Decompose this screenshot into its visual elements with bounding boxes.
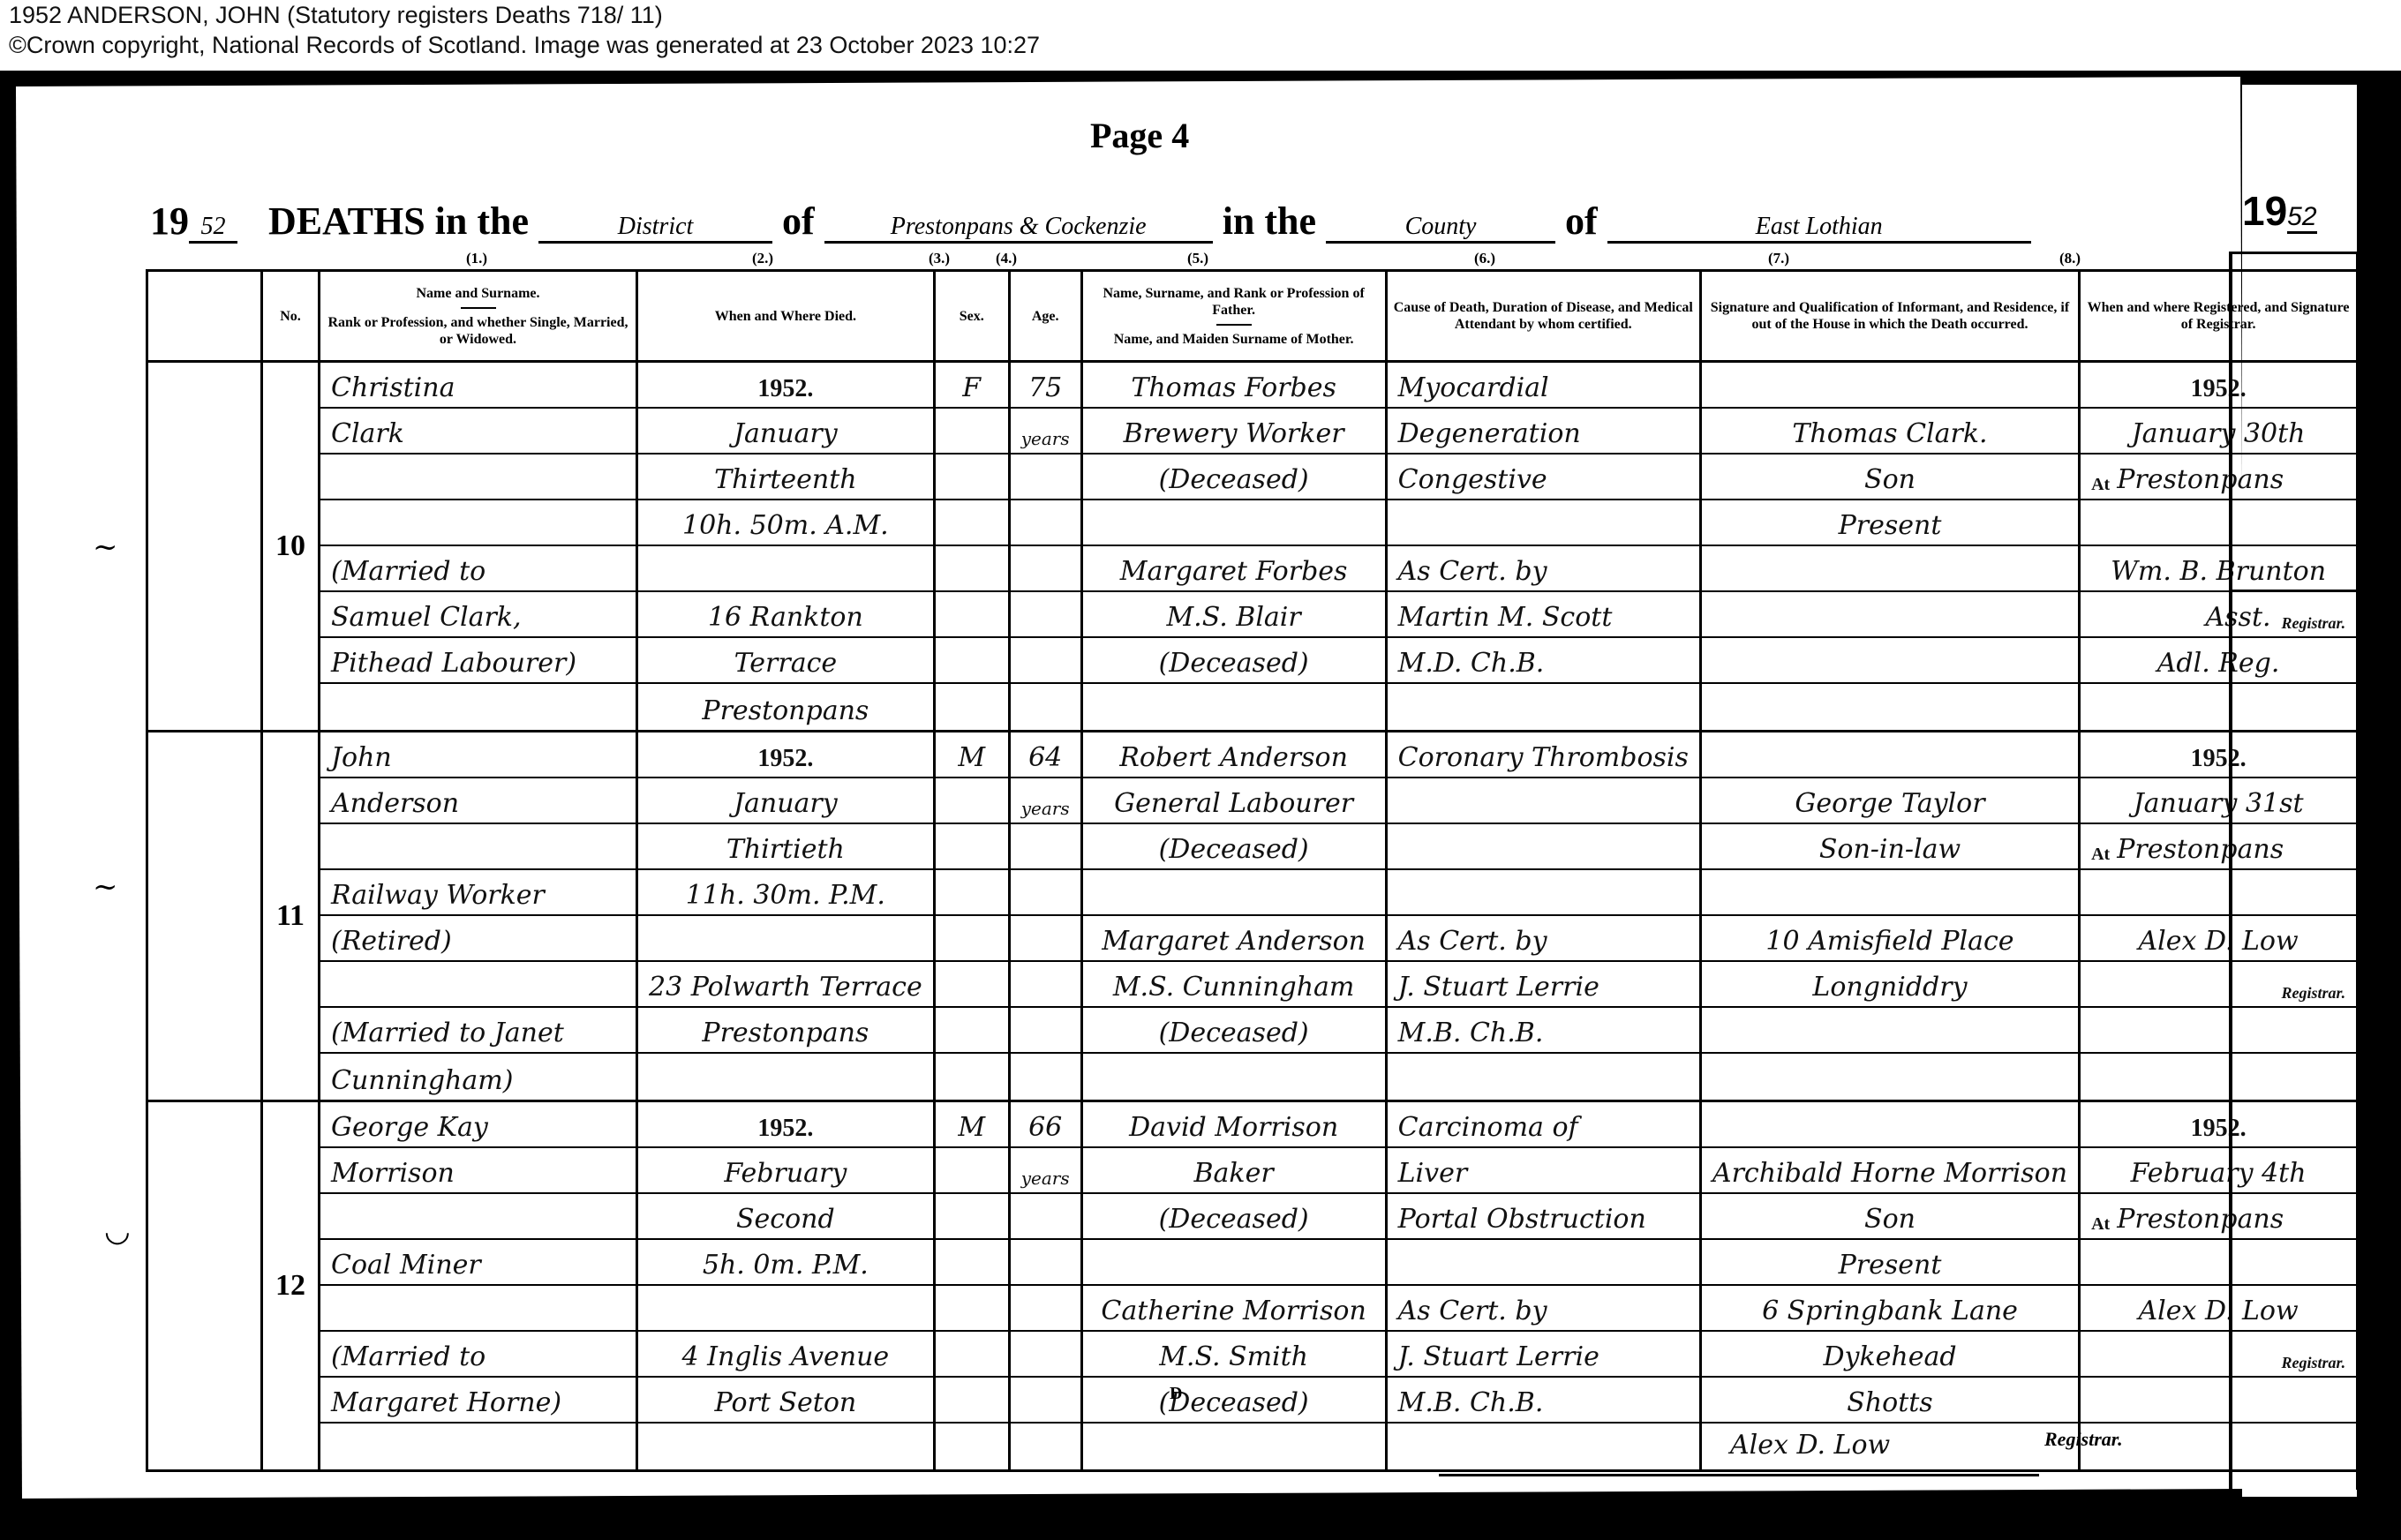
cell-line: February [638, 1148, 933, 1194]
cell-line: 5h. 0m. P.M. [638, 1240, 933, 1286]
cell-line: January [638, 778, 933, 824]
cell-line: Martin M. Scott [1388, 592, 1699, 638]
age-cell: 75years [1009, 362, 1081, 732]
name-cell: ChristinaClark(Married toSamuel Clark,Pi… [320, 362, 637, 732]
cell-line: Second [638, 1194, 933, 1240]
side-year-prefix: 19 [2242, 188, 2287, 234]
cell-line [1011, 638, 1080, 684]
handwritten-text: Christina [331, 372, 455, 403]
cell-line [1702, 638, 2078, 684]
cause-cell: Coronary ThrombosisAs Cert. byJ. Stuart … [1386, 732, 1700, 1101]
handwritten-text: January [734, 418, 838, 449]
handwritten-text: Margaret Forbes [1120, 556, 1348, 587]
cell-line: M.D. Ch.B. [1388, 638, 1699, 684]
cell-line: Coal Miner [320, 1240, 636, 1286]
handwritten-text: J. Stuart Lerrie [1398, 1341, 1599, 1372]
handwritten-text: Clark [331, 418, 404, 449]
cell-line [320, 1424, 636, 1469]
handwritten-text: Catherine Morrison [1101, 1296, 1366, 1326]
handwritten-text: 1952. [757, 375, 813, 403]
handwritten-text: M.B. Ch.B. [1398, 1387, 1544, 1418]
cell-line: Portal Obstruction [1388, 1194, 1699, 1240]
cell-line [1011, 870, 1080, 916]
handwritten-text: F [962, 372, 981, 403]
cell-line [936, 916, 1008, 962]
at-label: At [2091, 1214, 2110, 1235]
cell-line: M [936, 1102, 1008, 1148]
informant-cell: George TaylorSon-in-law10 Amisfield Plac… [1700, 732, 2079, 1101]
cell-line [320, 1194, 636, 1240]
cell-line [936, 1148, 1008, 1194]
cell-line [1388, 1054, 1699, 1100]
col-number-3: (3.) [929, 250, 950, 267]
cell-line: Thirteenth [638, 454, 933, 500]
cell-line: As Cert. by [1388, 916, 1699, 962]
handwritten-text: Thirtieth [726, 834, 845, 865]
handwritten-text: 10 Amisfield Place [1765, 926, 2013, 957]
cell-line: Anderson [320, 778, 636, 824]
col-number-7: (7.) [1768, 250, 1789, 267]
cell-line [1011, 1378, 1080, 1424]
deaths-register-table: No. Name and Surname. Rank or Profession… [146, 269, 2359, 1472]
cell-line [936, 500, 1008, 546]
cell-line: Christina [320, 363, 636, 409]
cell-line [1388, 824, 1699, 870]
handwritten-text: Port Seton [715, 1387, 857, 1418]
handwritten-text: As Cert. by [1398, 926, 1547, 957]
handwritten-text: Archibald Horne Morrison [1712, 1158, 2067, 1189]
cell-line [1011, 1194, 1080, 1240]
cell-line [1011, 824, 1080, 870]
handwritten-text: 10h. 50m. A.M. [682, 510, 889, 541]
cell-line: (Deceased) [1083, 824, 1385, 870]
handwritten-text: years [1021, 1168, 1070, 1189]
cause-cell: MyocardialDegenerationCongestiveAs Cert.… [1386, 362, 1700, 732]
entries-body: 10 ChristinaClark(Married toSamuel Clark… [147, 362, 2358, 1471]
cell-line [1388, 778, 1699, 824]
record-title: 1952 ANDERSON, JOHN (Statutory registers… [9, 0, 663, 30]
cell-line: Present [1702, 1240, 2078, 1286]
cell-line [1011, 454, 1080, 500]
cell-line [1702, 1054, 2078, 1100]
handwritten-text: Margaret Horne) [331, 1387, 561, 1418]
handwritten-text: M.S. Smith [1159, 1341, 1308, 1372]
cell-line: Port Seton [638, 1378, 933, 1424]
cell-line: Thomas Clark. [1702, 409, 2078, 454]
handwritten-text: Longniddry [1812, 972, 1967, 1003]
cell-line: M.S. Smith [1083, 1332, 1385, 1378]
cell-line: (Deceased) [1083, 454, 1385, 500]
cell-line: M.B. Ch.B. [1388, 1008, 1699, 1054]
cell-line: F [936, 363, 1008, 409]
cell-line [1702, 363, 2078, 409]
cell-line [936, 778, 1008, 824]
handwritten-text: (Deceased) [1159, 834, 1309, 865]
cell-line [638, 916, 933, 962]
handwritten-text: 75 [1028, 372, 1062, 403]
age-cell: 64years [1009, 732, 1081, 1101]
district-word: District [538, 213, 772, 244]
header-when-where: When and Where Died. [637, 271, 935, 362]
county-word: County [1326, 213, 1555, 244]
cell-line [320, 1286, 636, 1332]
handwritten-text: Thomas Forbes [1131, 372, 1336, 403]
name-cell: George KayMorrisonCoal Miner(Married toM… [320, 1101, 637, 1471]
cell-line [936, 546, 1008, 592]
cell-line [1388, 500, 1699, 546]
cell-line [638, 1054, 933, 1100]
handwritten-text: Martin M. Scott [1398, 602, 1613, 633]
cell-line [1083, 684, 1385, 730]
cell-line [1702, 1102, 2078, 1148]
cell-line: Degeneration [1388, 409, 1699, 454]
cell-line [1011, 684, 1080, 730]
cell-line: J. Stuart Lerrie [1388, 1332, 1699, 1378]
cell-line [1011, 1424, 1080, 1469]
cell-line: 75 [1011, 363, 1080, 409]
handwritten-text: M [958, 1112, 985, 1143]
sex-cell: F [934, 362, 1009, 732]
handwritten-text: As Cert. by [1398, 1296, 1547, 1326]
cause-cell: Carcinoma ofLiverPortal ObstructionAs Ce… [1386, 1101, 1700, 1471]
page-mark: D [1170, 1384, 1182, 1404]
cell-line: Prestonpans [638, 1008, 933, 1054]
header-mother: Name, and Maiden Surname of Mother. [1083, 331, 1385, 348]
cell-line: 1952. [638, 1102, 933, 1148]
cell-line [1388, 1240, 1699, 1286]
cell-line: 1952. [638, 732, 933, 778]
cell-line: Railway Worker [320, 870, 636, 916]
cell-line: George Kay [320, 1102, 636, 1148]
handwritten-text: Myocardial [1398, 372, 1549, 403]
header-no: No. [262, 271, 320, 362]
cell-line [1702, 1008, 2078, 1054]
cell-line [638, 546, 933, 592]
cell-line [936, 1240, 1008, 1286]
when-where-cell: 1952.FebruarySecond5h. 0m. P.M.4 Inglis … [637, 1101, 935, 1471]
entry-number: 10 [262, 362, 320, 732]
handwritten-text: J. Stuart Lerrie [1398, 972, 1599, 1003]
cell-line: (Deceased) [1083, 1194, 1385, 1240]
when-where-cell: 1952.JanuaryThirteenth10h. 50m. A.M.16 R… [637, 362, 935, 732]
handwritten-text: John [331, 742, 392, 773]
handwritten-text: (Deceased) [1159, 1018, 1309, 1048]
handwritten-text: 64 [1028, 742, 1062, 773]
cell-line: 1952. [638, 363, 933, 409]
cell-line: Thirtieth [638, 824, 933, 870]
entry-row: 11 JohnAndersonRailway Worker(Retired)(M… [147, 732, 2358, 1101]
cell-line [320, 824, 636, 870]
handwritten-text: Son [1864, 464, 1916, 495]
cell-line [1011, 546, 1080, 592]
cell-line: 16 Rankton [638, 592, 933, 638]
handwritten-text: Present [1839, 1250, 1942, 1281]
header-sex: Sex. [934, 271, 1009, 362]
cell-line [1702, 546, 2078, 592]
cell-line: 66 [1011, 1102, 1080, 1148]
handwritten-text: 66 [1028, 1112, 1062, 1143]
col-number-4: (4.) [996, 250, 1017, 267]
cell-line [936, 409, 1008, 454]
handwritten-text: Coronary Thrombosis [1398, 742, 1689, 773]
handwritten-text: M.D. Ch.B. [1398, 648, 1545, 679]
header-age: Age. [1009, 271, 1081, 362]
cell-line [1388, 870, 1699, 916]
year-suffix: 52 [189, 213, 237, 244]
cell-line: (Married to [320, 546, 636, 592]
handwritten-text: Prestonpans [702, 1018, 869, 1048]
adjacent-page-year: 1952 [2242, 187, 2317, 235]
cell-line: John [320, 732, 636, 778]
cell-line: Liver [1388, 1148, 1699, 1194]
cell-line: (Retired) [320, 916, 636, 962]
year-prefix: 19 [150, 199, 189, 243]
cell-line: Son [1702, 454, 2078, 500]
cell-line [1011, 1008, 1080, 1054]
of-label-county: of [1565, 199, 1598, 243]
cell-line: 4 Inglis Avenue [638, 1332, 933, 1378]
cell-line [936, 1332, 1008, 1378]
margin-cell [147, 362, 262, 732]
margin-tick-mark: ~ [93, 530, 118, 565]
cell-line: Prestonpans [638, 684, 933, 730]
cell-line: Terrace [638, 638, 933, 684]
cell-line: 64 [1011, 732, 1080, 778]
cell-line [320, 684, 636, 730]
header-name-bottom: Rank or Profession, and whether Single, … [320, 314, 636, 348]
cell-line: Present [1702, 500, 2078, 546]
cell-line [1702, 684, 2078, 730]
entry-row: 10 ChristinaClark(Married toSamuel Clark… [147, 362, 2358, 732]
cell-line: years [1011, 1148, 1080, 1194]
cell-line: Margaret Anderson [1083, 916, 1385, 962]
handwritten-text: 11h. 30m. P.M. [686, 880, 885, 911]
header-parents: Name, Surname, and Rank or Profession of… [1081, 271, 1386, 362]
at-label: At [2091, 475, 2110, 495]
cell-line: 11h. 30m. P.M. [638, 870, 933, 916]
cell-line [936, 638, 1008, 684]
page-number: Page 4 [1090, 115, 1189, 156]
side-year-suffix: 52 [2287, 202, 2316, 234]
cell-line: M.B. Ch.B. [1388, 1378, 1699, 1424]
col-number-1: (1.) [466, 250, 487, 267]
header-name: Name and Surname. Rank or Profession, an… [320, 271, 637, 362]
cell-line: Catherine Morrison [1083, 1286, 1385, 1332]
handwritten-text: 1952. [757, 1115, 813, 1143]
register-heading: 1952 DEATHS in the District of Prestonpa… [150, 199, 2031, 244]
cell-line: M.S. Blair [1083, 592, 1385, 638]
cell-line: M.S. Cunningham [1083, 962, 1385, 1008]
handwritten-text: General Labourer [1114, 788, 1353, 819]
cell-line [1011, 916, 1080, 962]
cell-line [1083, 1240, 1385, 1286]
header-divider [461, 307, 496, 309]
margin-tick-mark: ◡ [104, 1213, 131, 1249]
handwritten-text: Son-in-law [1819, 834, 1961, 865]
header-cause: Cause of Death, Duration of Disease, and… [1386, 271, 1700, 362]
cell-line [638, 1286, 933, 1332]
cell-line [936, 1286, 1008, 1332]
cell-line: 23 Polwarth Terrace [638, 962, 933, 1008]
handwritten-text: M [958, 742, 985, 773]
cell-line [936, 1378, 1008, 1424]
handwritten-text: Dykehead [1823, 1341, 1956, 1372]
cell-line: Pithead Labourer) [320, 638, 636, 684]
handwritten-text: Cunningham) [331, 1065, 513, 1096]
handwritten-text: (Married to [331, 1341, 485, 1372]
name-cell: JohnAndersonRailway Worker(Retired)(Marr… [320, 732, 637, 1101]
handwritten-text: 6 Springbank Lane [1762, 1296, 2018, 1326]
cell-line [1083, 870, 1385, 916]
cell-line: Carcinoma of [1388, 1102, 1699, 1148]
cell-line [1011, 1286, 1080, 1332]
handwritten-text: Thomas Clark. [1792, 418, 1987, 449]
handwritten-text: 4 Inglis Avenue [682, 1341, 890, 1372]
when-where-cell: 1952.JanuaryThirtieth11h. 30m. P.M.23 Po… [637, 732, 935, 1101]
registrar-signature: Alex D. Low [1730, 1430, 1890, 1461]
cell-line: Samuel Clark, [320, 592, 636, 638]
handwritten-text: Margaret Anderson [1102, 926, 1366, 957]
in-the-label: in the [1223, 199, 1316, 243]
at-label: At [2091, 845, 2110, 865]
handwritten-text: Brewery Worker [1124, 418, 1344, 449]
handwritten-text: Son [1864, 1204, 1916, 1235]
cell-line [1011, 1240, 1080, 1286]
of-label: of [782, 199, 815, 243]
handwritten-text: Second [736, 1204, 835, 1235]
cell-line: Baker [1083, 1148, 1385, 1194]
cell-line [320, 962, 636, 1008]
handwritten-text: (Deceased) [1159, 648, 1309, 679]
col-number-2: (2.) [752, 250, 773, 267]
handwritten-text: 16 Rankton [708, 602, 863, 633]
copyright-line: ©Crown copyright, National Records of Sc… [9, 30, 1040, 60]
parents-cell: Thomas ForbesBrewery Worker(Deceased)Mar… [1081, 362, 1386, 732]
parents-cell: Robert AndersonGeneral Labourer(Deceased… [1081, 732, 1386, 1101]
cell-line: Margaret Forbes [1083, 546, 1385, 592]
handwritten-text: 5h. 0m. P.M. [703, 1250, 869, 1281]
cell-line: Robert Anderson [1083, 732, 1385, 778]
handwritten-text: years [1021, 798, 1070, 819]
entry-row: 12 George KayMorrisonCoal Miner(Married … [147, 1101, 2358, 1471]
handwritten-text: Samuel Clark, [331, 602, 522, 633]
handwritten-text: Coal Miner [331, 1250, 481, 1281]
header-row: No. Name and Surname. Rank or Profession… [147, 271, 2358, 362]
handwritten-text: Thirteenth [714, 464, 857, 495]
cell-line: Longniddry [1702, 962, 2078, 1008]
cell-line: J. Stuart Lerrie [1388, 962, 1699, 1008]
handwritten-text: Morrison [331, 1158, 455, 1189]
cell-line: George Taylor [1702, 778, 2078, 824]
handwritten-text: Congestive [1398, 464, 1547, 495]
handwritten-text: Liver [1398, 1158, 1468, 1189]
cell-line [320, 500, 636, 546]
informant-cell: Archibald Horne MorrisonSonPresent6 Spri… [1700, 1101, 2079, 1471]
margin-header [147, 271, 262, 362]
cell-line [1011, 1054, 1080, 1100]
registrar-signature-line: Alex D. Low [1439, 1430, 2039, 1476]
cell-line [936, 454, 1008, 500]
handwritten-text: Anderson [331, 788, 459, 819]
cell-line [936, 592, 1008, 638]
handwritten-text: 1952. [757, 745, 813, 773]
cell-line: Myocardial [1388, 363, 1699, 409]
header-name-top: Name and Surname. [320, 285, 636, 302]
cell-line [320, 454, 636, 500]
handwritten-text: years [1021, 428, 1070, 449]
header-informant: Signature and Qualification of Informant… [1700, 271, 2079, 362]
deaths-label: DEATHS in the [268, 199, 529, 243]
handwritten-text: Baker [1194, 1158, 1274, 1189]
cell-line: Shotts [1702, 1378, 2078, 1424]
margin-cell [147, 732, 262, 1101]
cell-line [1083, 1424, 1385, 1469]
entry-number: 12 [262, 1101, 320, 1471]
margin-cell [147, 1101, 262, 1471]
handwritten-text: Degeneration [1398, 418, 1581, 449]
handwritten-text: M.B. Ch.B. [1398, 1018, 1544, 1048]
cell-line: 6 Springbank Lane [1702, 1286, 2078, 1332]
cell-line [1388, 684, 1699, 730]
handwritten-text: (Married to [331, 556, 485, 587]
cell-line [1702, 732, 2078, 778]
cell-line: Brewery Worker [1083, 409, 1385, 454]
cell-line: January [638, 409, 933, 454]
cell-line [936, 1194, 1008, 1240]
cell-line: Congestive [1388, 454, 1699, 500]
header-father: Name, Surname, and Rank or Profession of… [1083, 285, 1385, 319]
header-divider [1216, 324, 1252, 326]
handwritten-text: Portal Obstruction [1398, 1204, 1646, 1235]
cell-line: General Labourer [1083, 778, 1385, 824]
handwritten-text: Pithead Labourer) [331, 648, 576, 679]
cell-line: Clark [320, 409, 636, 454]
entry-number: 11 [262, 732, 320, 1101]
cell-line: Margaret Horne) [320, 1378, 636, 1424]
handwritten-text: February [724, 1158, 847, 1189]
handwritten-text: (Deceased) [1159, 1204, 1309, 1235]
handwritten-text: George Kay [331, 1112, 488, 1143]
informant-cell: Thomas Clark.SonPresent [1700, 362, 2079, 732]
handwritten-text: Shotts [1847, 1387, 1932, 1418]
handwritten-text: Terrace [734, 648, 838, 679]
cell-line: M [936, 732, 1008, 778]
cell-line [936, 1424, 1008, 1469]
cell-line: Cunningham) [320, 1054, 636, 1100]
cell-line: (Married to Janet [320, 1008, 636, 1054]
parents-cell: David MorrisonBaker(Deceased)Catherine M… [1081, 1101, 1386, 1471]
handwritten-text: 23 Polwarth Terrace [649, 972, 922, 1003]
cell-line: 10 Amisfield Place [1702, 916, 2078, 962]
cell-line [1011, 962, 1080, 1008]
cell-line: 10h. 50m. A.M. [638, 500, 933, 546]
cell-line [1011, 500, 1080, 546]
margin-tick-mark: ~ [93, 869, 118, 905]
handwritten-text: (Deceased) [1159, 464, 1309, 495]
col-number-6: (6.) [1474, 250, 1495, 267]
cell-line: (Married to [320, 1332, 636, 1378]
cell-line [1011, 592, 1080, 638]
handwritten-text: (Married to Janet [331, 1018, 564, 1048]
adjacent-page-column [2229, 252, 2360, 1490]
col-number-5: (5.) [1187, 250, 1208, 267]
handwritten-text: David Morrison [1129, 1112, 1338, 1143]
cell-line [1011, 1332, 1080, 1378]
col-number-8: (8.) [2059, 250, 2081, 267]
sex-cell: M [934, 1101, 1009, 1471]
county-name: East Lothian [1607, 213, 2031, 244]
cell-line: Morrison [320, 1148, 636, 1194]
